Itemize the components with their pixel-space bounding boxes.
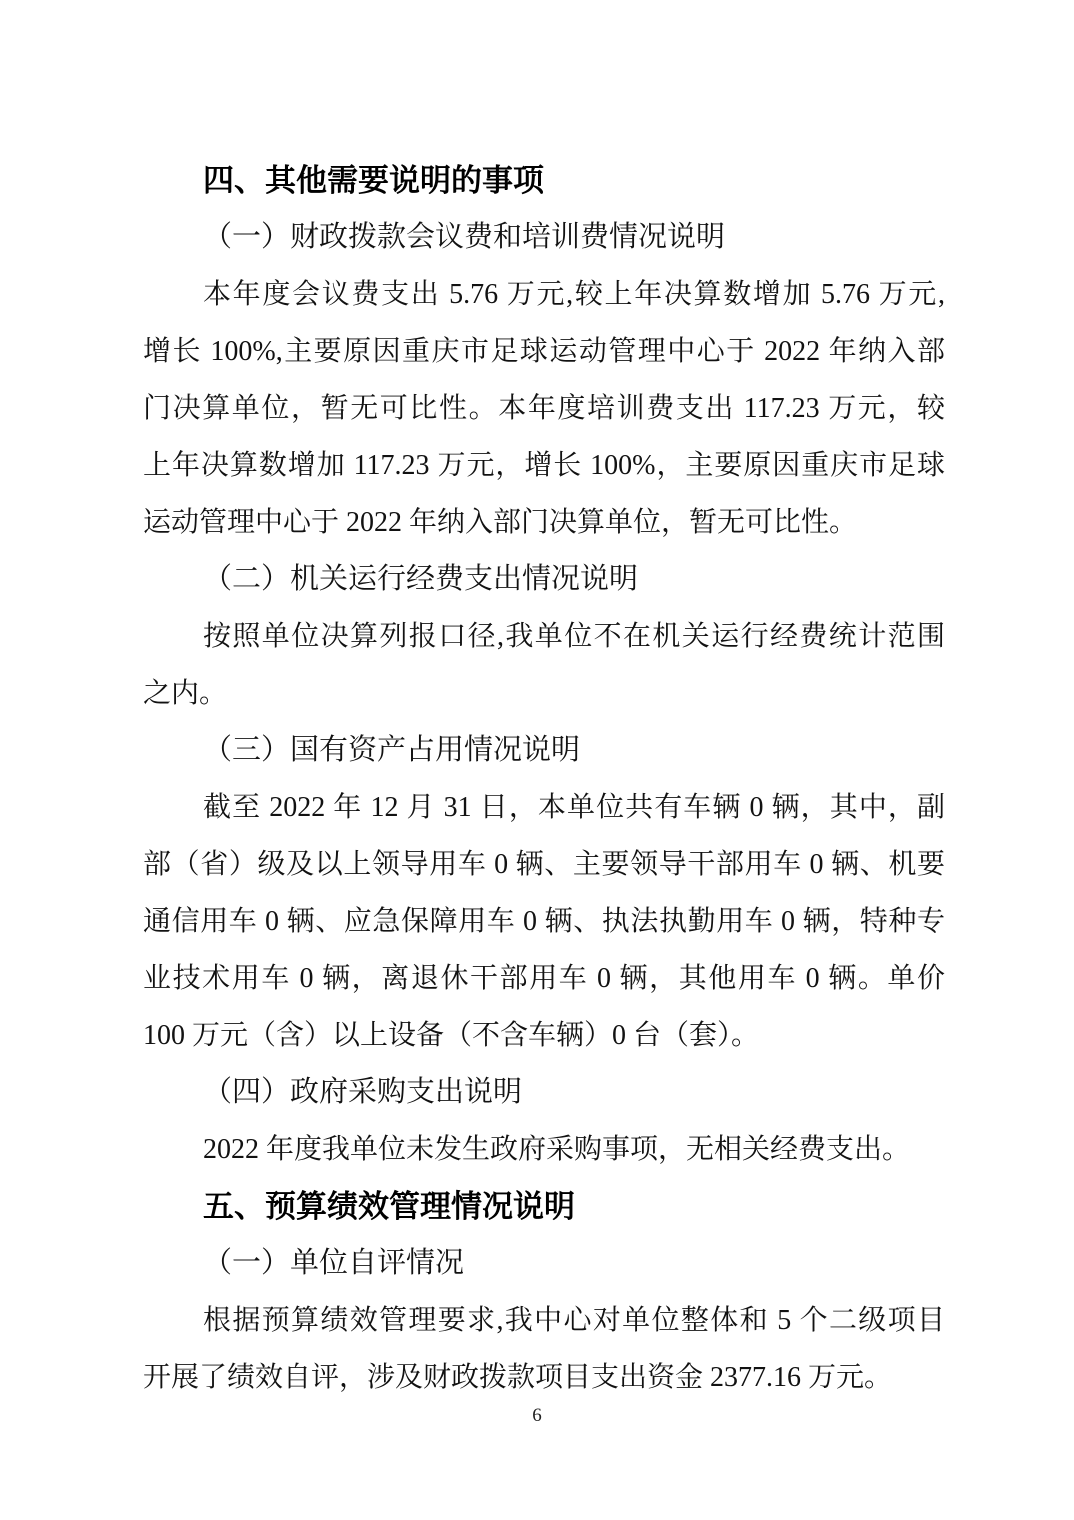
paragraph-line: 业技术用车 0 辆，离退休干部用车 0 辆，其他用车 0 辆。单价 — [143, 950, 945, 1007]
paragraph-line: 门决算单位，暂无可比性。本年度培训费支出 117.23 万元，较 — [143, 380, 945, 437]
document-content: 四、其他需要说明的事项（一）财政拨款会议费和培训费情况说明本年度会议费支出 5.… — [143, 152, 945, 1406]
section-heading: 五、预算绩效管理情况说明 — [143, 1178, 945, 1235]
paragraph-line: 根据预算绩效管理要求,我中心对单位整体和 5 个二级项目 — [143, 1292, 945, 1349]
paragraph-line: 通信用车 0 辆、应急保障用车 0 辆、执法执勤用车 0 辆，特种专 — [143, 893, 945, 950]
sub-heading: （一）财政拨款会议费和培训费情况说明 — [143, 209, 945, 266]
paragraph-line: 100 万元（含）以上设备（不含车辆）0 台（套）。 — [143, 1007, 945, 1064]
paragraph-line: 本年度会议费支出 5.76 万元,较上年决算数增加 5.76 万元, — [143, 266, 945, 323]
paragraph-line: 截至 2022 年 12 月 31 日，本单位共有车辆 0 辆，其中，副 — [143, 779, 945, 836]
section-heading: 四、其他需要说明的事项 — [143, 152, 945, 209]
sub-heading: （三）国有资产占用情况说明 — [143, 722, 945, 779]
paragraph-line: 部（省）级及以上领导用车 0 辆、主要领导干部用车 0 辆、机要 — [143, 836, 945, 893]
sub-heading: （二）机关运行经费支出情况说明 — [143, 551, 945, 608]
sub-heading: （一）单位自评情况 — [143, 1235, 945, 1292]
paragraph-line: 2022 年度我单位未发生政府采购事项，无相关经费支出。 — [143, 1121, 945, 1178]
paragraph-line: 开展了绩效自评，涉及财政拨款项目支出资金 2377.16 万元。 — [143, 1349, 945, 1406]
sub-heading: （四）政府采购支出说明 — [143, 1064, 945, 1121]
document-page: 四、其他需要说明的事项（一）财政拨款会议费和培训费情况说明本年度会议费支出 5.… — [0, 0, 1074, 1520]
page-number: 6 — [0, 1402, 1074, 1430]
paragraph-line: 之内。 — [143, 665, 945, 722]
paragraph-line: 按照单位决算列报口径,我单位不在机关运行经费统计范围 — [143, 608, 945, 665]
paragraph-line: 运动管理中心于 2022 年纳入部门决算单位，暂无可比性。 — [143, 494, 945, 551]
paragraph-line: 上年决算数增加 117.23 万元，增长 100%，主要原因重庆市足球 — [143, 437, 945, 494]
paragraph-line: 增长 100%,主要原因重庆市足球运动管理中心于 2022 年纳入部 — [143, 323, 945, 380]
